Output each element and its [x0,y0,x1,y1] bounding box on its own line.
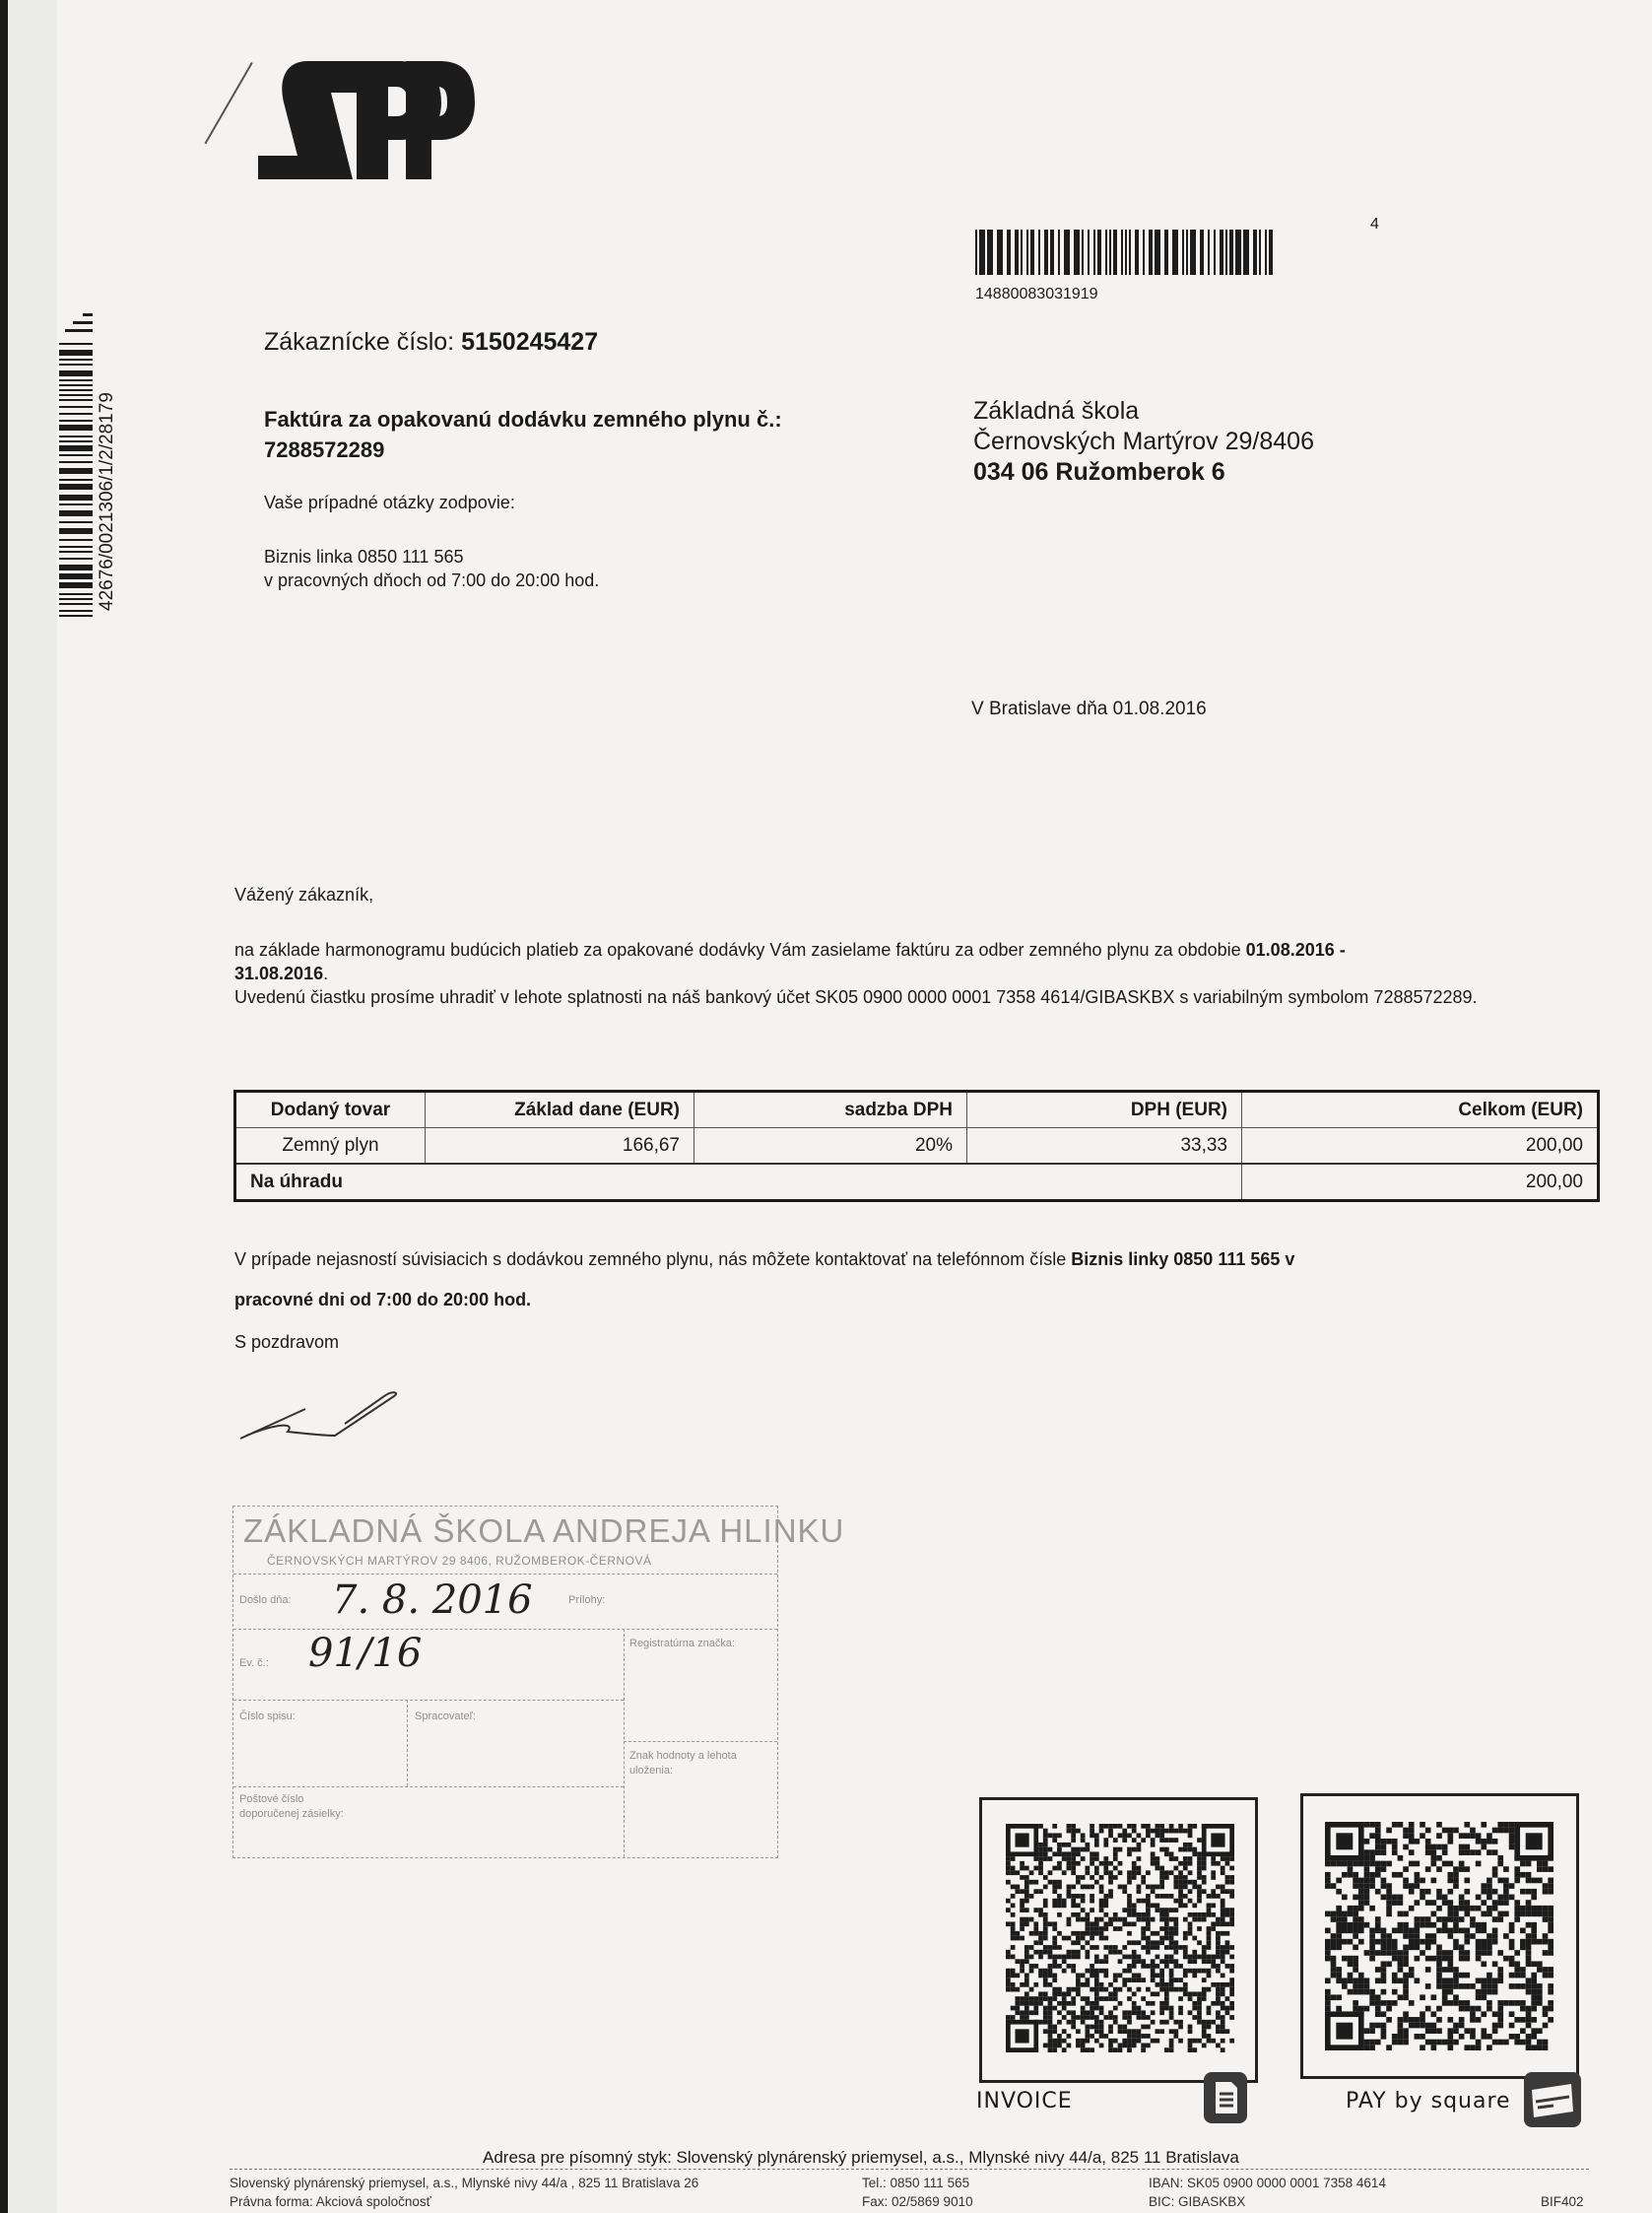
footer-fax: Fax: 02/5869 9010 [862,2192,973,2211]
page-marker: 4 [1370,216,1379,234]
footer-tel: Tel.: 0850 111 565 [862,2174,973,2192]
contact-paragraph: V prípade nejasností súvisiacich s dodáv… [234,1240,1614,1320]
side-barcode-code: 42676/0021306/1/2/28179 [91,325,130,621]
cell-goods: Zemný plyn [235,1128,426,1165]
stamp-attachments-label: Prílohy: [568,1593,605,1608]
logo-accent-line [205,62,253,144]
invoice-number: 7288572289 [264,435,782,465]
cell-vat: 33,33 [967,1128,1242,1165]
form-code: BIF402 [1541,2192,1584,2211]
registry-stamp: ZÁKLADNÁ ŠKOLA ANDREJA HLINKU ČERNOVSKÝC… [232,1506,778,1858]
footer-iban: IBAN: SK05 0900 0000 0001 7358 4614 [1149,2174,1386,2192]
cell-vat-rate: 20% [694,1128,967,1165]
letter-body: na základe harmonogramu budúcich platieb… [234,938,1604,1009]
customer-number-label: Zákaznícke číslo: [264,328,461,356]
pay-qr-label: PAY by square [1346,2089,1511,2113]
pay-by-square-qr-code [1325,1822,1553,2050]
top-barcode [975,230,1273,275]
body-paragraph-2: Uvedenú čiastku prosíme uhradiť v lehote… [234,985,1604,1009]
customer-number-value: 5150245427 [461,328,598,356]
footer-phone: Tel.: 0850 111 565 Fax: 02/5869 9010 [862,2174,973,2211]
recipient-address: Základná škola Černovských Martýrov 29/8… [973,396,1314,488]
closing: S pozdravom [234,1332,339,1353]
stamp-registry-label: Registratúrna značka: [629,1637,735,1651]
header-tax-base: Základ dane (EUR) [426,1092,694,1128]
header-vat: DPH (EUR) [967,1092,1242,1128]
scan-edge [0,0,8,2213]
invoice-table: Dodaný tovar Základ dane (EUR) sadzba DP… [233,1090,1600,1202]
footer-bic: BIC: GIBASKBX [1149,2192,1386,2211]
stamp-ref-label: Ev. č.: [239,1656,269,1671]
hotline-hours: v pracovných dňoch od 7:00 do 20:00 hod. [264,569,599,592]
spp-logo [258,61,475,179]
customer-number: Zákaznícke číslo: 5150245427 [264,328,598,357]
stamp-received-label: Došlo dňa: [239,1593,292,1608]
recipient-street: Černovských Martýrov 29/8406 [973,427,1314,457]
recipient-city: 034 06 Ružomberok 6 [973,457,1314,488]
stamp-title: ZÁKLADNÁ ŠKOLA ANDREJA HLINKU [243,1512,844,1550]
stamp-received-date: 7. 8. 2016 [332,1577,533,1623]
cell-total: 200,00 [1242,1128,1599,1165]
stamp-postal-label: Poštové číslo doporučenej zásielky: [239,1792,358,1822]
cell-tax-base: 166,67 [426,1128,694,1165]
greeting: Vážený zákazník, [234,885,373,905]
header-vat-rate: sadzba DPH [694,1092,967,1128]
payment-card-icon [1524,2072,1581,2127]
correspondence-address: Adresa pre písomný styk: Slovenský plyná… [483,2148,1239,2168]
header-total: Celkom (EUR) [1242,1092,1599,1128]
footer-bank: IBAN: SK05 0900 0000 0001 7358 4614 BIC:… [1149,2174,1386,2211]
footer-legal-form: Právna forma: Akciová spoločnosť [230,2192,698,2211]
invoice-title: Faktúra za opakovanú dodávku zemného ply… [264,404,782,465]
total-label: Na úhradu [235,1164,1242,1201]
invoice-qr-frame [979,1797,1258,2083]
hotline-info: Biznis linka 0850 111 565 v pracovných d… [264,545,599,592]
invoice-qr-code [1006,1824,1234,2052]
stamp-retention-label: Znak hodnoty a lehota uloženia: [629,1749,767,1778]
stamp-handler-label: Spracovateľ: [415,1710,476,1724]
signature [236,1384,404,1443]
table-total-row: Na úhradu 200,00 [235,1164,1599,1201]
barcode-number: 14880083031919 [975,286,1098,303]
recipient-name: Základná škola [973,396,1314,427]
scan-margin [8,0,57,2213]
footer-company-address: Slovenský plynárenský priemysel, a.s., M… [230,2174,698,2192]
table-header-row: Dodaný tovar Základ dane (EUR) sadzba DP… [235,1092,1599,1128]
invoice-title-text: Faktúra za opakovanú dodávku zemného ply… [264,404,782,435]
invoice-qr-label: INVOICE [976,2089,1073,2113]
pay-qr-frame [1300,1793,1579,2079]
total-value: 200,00 [1242,1164,1599,1201]
stamp-file-label: Číslo spisu: [239,1710,296,1724]
document-icon [1204,2072,1247,2123]
footer-divider [230,2169,1589,2170]
header-goods: Dodaný tovar [235,1092,426,1128]
place-date: V Bratislave dňa 01.08.2016 [971,699,1207,720]
questions-text: Vaše prípadné otázky zodpovie: [264,493,515,513]
table-row: Zemný plyn 166,67 20% 33,33 200,00 [235,1128,1599,1165]
footer-company: Slovenský plynárenský priemysel, a.s., M… [230,2174,698,2211]
hotline-number: Biznis linka 0850 111 565 [264,545,599,569]
stamp-subtitle: ČERNOVSKÝCH MARTÝROV 29 8406, RUŽOMBEROK… [267,1554,652,1568]
body-paragraph-1: na základe harmonogramu budúcich platieb… [234,938,1604,985]
stamp-ref-number: 91/16 [308,1631,422,1676]
